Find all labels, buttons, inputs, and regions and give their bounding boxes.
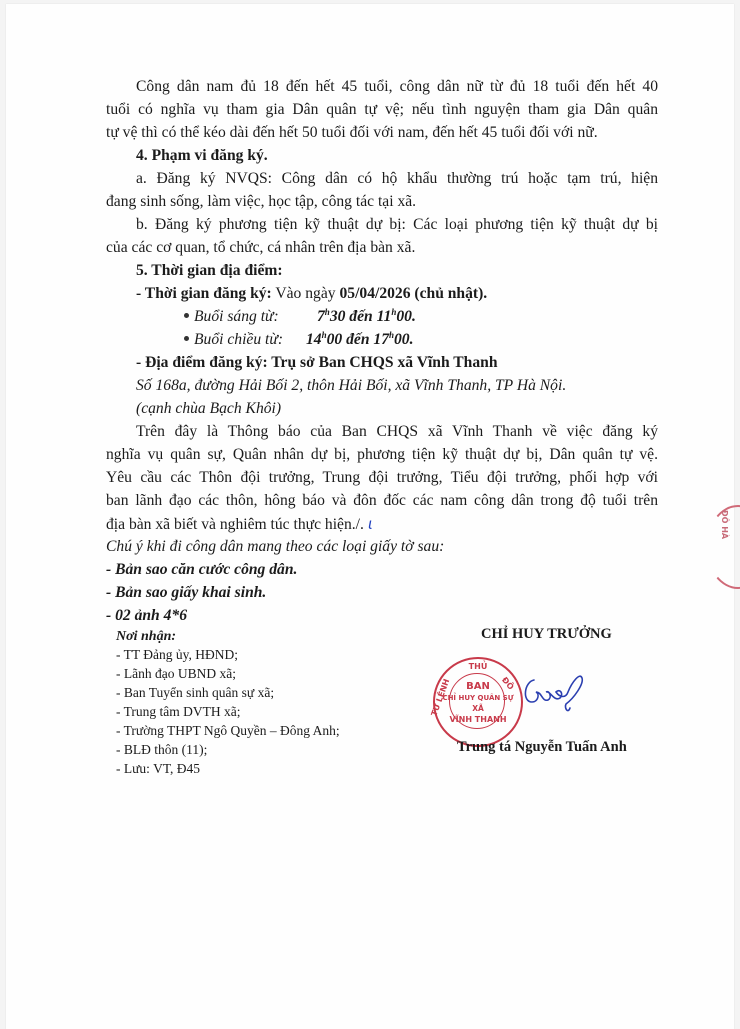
age-paragraph-line-1: Công dân nam đủ 18 đến hết 45 tuổi, công…: [136, 77, 658, 97]
section-5-heading: 5. Thời gian địa điểm:: [136, 261, 283, 281]
handwritten-mark: ɩ: [368, 515, 374, 533]
morning-session: Buổi sáng từ:: [184, 307, 279, 327]
registration-time: - Thời gian đăng ký: Vào ngày 05/04/2026…: [136, 284, 487, 304]
recipient-item: - BLĐ thôn (11);: [116, 741, 207, 759]
closing-line-2: nghĩa vụ quân sự, Quân nhân dự bị, phươn…: [106, 445, 658, 465]
afternoon-time: 14h00 đến 17h00.: [306, 330, 414, 350]
morning-label: Buổi sáng từ:: [194, 308, 279, 325]
registration-landmark: (cạnh chùa Bạch Khôi): [136, 399, 281, 419]
bullet-icon: [184, 336, 189, 341]
age-paragraph-line-3: tự vệ thì có thể kéo dài đến hết 50 tuổi…: [106, 123, 598, 143]
closing-line-1: Trên đây là Thông báo của Ban CHQS xã Vĩ…: [136, 422, 658, 442]
stamp-line-2: CHỈ HUY QUÂN SỰ: [435, 694, 521, 702]
registration-time-label: - Thời gian đăng ký:: [136, 285, 272, 302]
edge-stamp-text: ĐÔ HÀ: [720, 510, 729, 539]
stamp-ring-top: THỦ: [435, 662, 521, 671]
recipients-title: Nơi nhận:: [116, 627, 176, 647]
section-4a-line-1: a. Đăng ký NVQS: Công dân có hộ khẩu thư…: [136, 169, 658, 189]
stamp-line-3: XÃ: [435, 704, 521, 713]
notes-item: - Bản sao giấy khai sinh.: [106, 583, 266, 603]
registration-time-text: Vào ngày: [272, 285, 340, 302]
notes-intro: Chú ý khi đi công dân mang theo các loại…: [106, 537, 444, 557]
afternoon-session: Buổi chiều từ:: [184, 330, 283, 350]
section-4-heading: 4. Phạm vi đăng ký.: [136, 146, 268, 166]
closing-line-3: Yêu cầu các Thôn đội trưởng, Trung đội t…: [106, 468, 658, 488]
signature-icon: [520, 668, 600, 718]
recipient-item: - Trung tâm DVTH xã;: [116, 703, 241, 721]
recipient-item: - Lãnh đạo UBND xã;: [116, 665, 236, 683]
section-4b-line-2: của các cơ quan, tổ chức, cá nhân trên đ…: [106, 238, 415, 258]
bullet-icon: [184, 313, 189, 318]
recipient-item: - Lưu: VT, Đ45: [116, 760, 200, 778]
signer-title: CHỈ HUY TRƯỞNG: [481, 624, 612, 644]
notes-item: - Bản sao căn cước công dân.: [106, 560, 297, 580]
official-stamp: BAN CHỈ HUY QUÂN SỰ XÃ VĨNH THANH THỦ TƯ…: [433, 657, 523, 747]
recipient-item: - Trường THPT Ngô Quyền – Đông Anh;: [116, 722, 340, 740]
recipient-item: - Ban Tuyển sinh quân sự xã;: [116, 684, 274, 702]
age-paragraph-line-2: tuổi có nghĩa vụ tham gia Dân quân tự vệ…: [106, 100, 658, 120]
section-4a-line-2: đang sinh sống, làm việc, học tập, công …: [106, 192, 416, 212]
closing-line-5: địa bàn xã biết và nghiêm túc thực hiện.…: [106, 514, 374, 535]
closing-line-4: ban lãnh đạo các thôn, hông báo và đôn đ…: [106, 491, 658, 511]
notes-item: - 02 ảnh 4*6: [106, 606, 187, 626]
stamp-line-4: VĨNH THANH: [435, 715, 521, 724]
afternoon-label: Buổi chiều từ:: [194, 331, 283, 348]
registration-date: 05/04/2026 (chủ nhật).: [339, 285, 487, 302]
morning-time: 7h30 đến 11h00.: [317, 307, 416, 327]
registration-place: - Địa điểm đăng ký: Trụ sở Ban CHQS xã V…: [136, 353, 498, 373]
recipient-item: - TT Đảng ủy, HĐND;: [116, 646, 238, 664]
registration-address: Số 168a, đường Hải Bối 2, thôn Hải Bối, …: [136, 376, 566, 396]
section-4b-line-1: b. Đăng ký phương tiện kỹ thuật dự bị: C…: [136, 215, 658, 235]
signer-name: Trung tá Nguyễn Tuấn Anh: [457, 737, 627, 757]
